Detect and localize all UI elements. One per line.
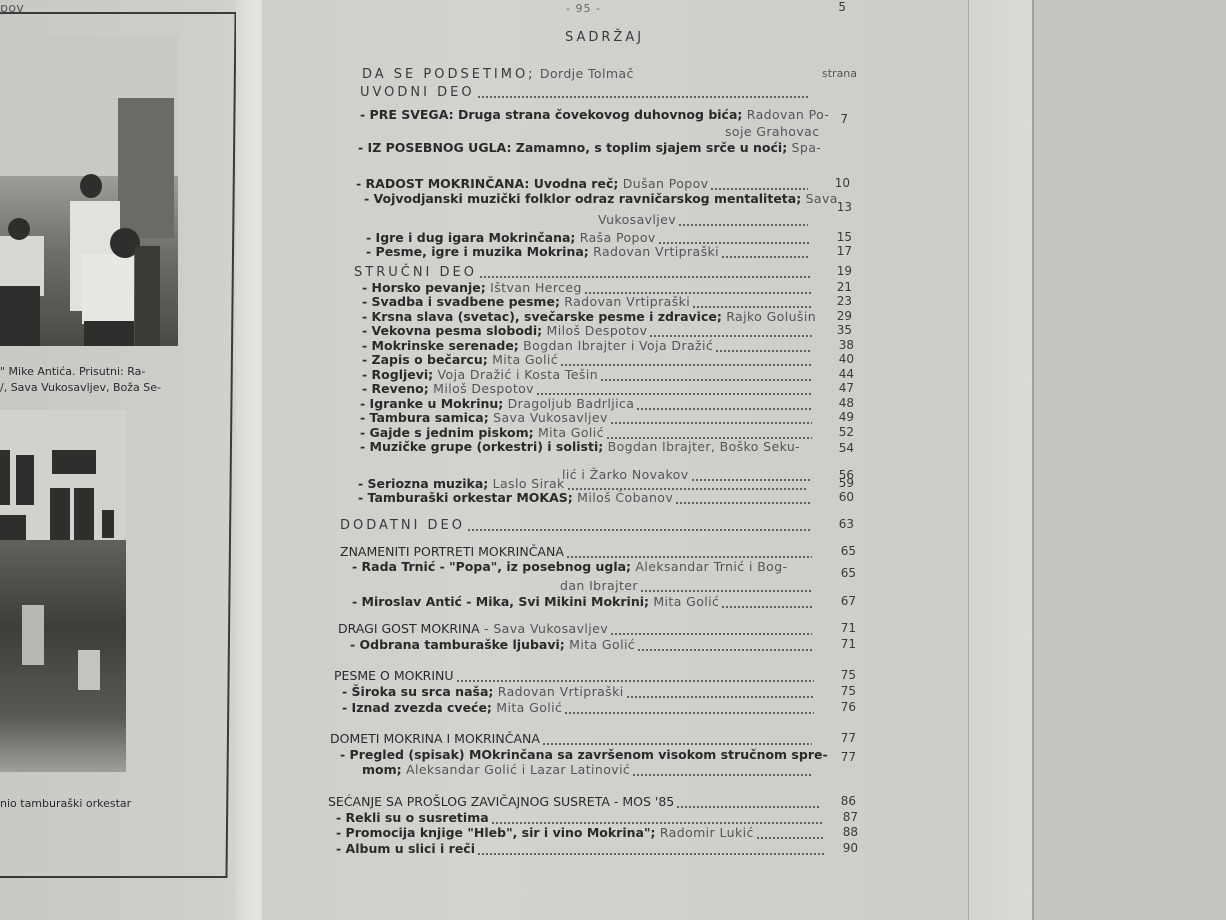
toc-entry-rogljevi: - Rogljevi; Voja Dražić i Kosta Tešin [362,367,598,382]
entry-title: PESME O MOKRINU [334,668,454,683]
dot-leader [536,393,812,395]
toc-entry-rekli-su-o-susretima: - Rekli su o susretima [336,810,489,825]
entry-title: - Tambura samica; [360,410,489,425]
dot-leader [636,408,812,410]
entry-author: Aleksandar Golić i Lazar Latinović [402,762,631,777]
entry-title: - Seriozna muzika; [358,476,488,491]
entry-continuation-text: dan Ibrajter [560,578,638,593]
toc-entry-secanje-sa-proslog-zavicajnog-susreta-mo: SEĆANJE SA PROŠLOG ZAVIČAJNOG SUSRETA - … [328,794,674,809]
entry-author: Dragoljub Badrljica [503,396,634,411]
toc-entry-uvodni-deo: UVODNI DEO [360,84,475,100]
strana-label: strana [822,67,857,80]
page-ref: 10 [824,176,850,190]
entry-author: Mita Golić [649,594,719,609]
page-ref: 15 [826,230,852,244]
entry-title: - RADOST MOKRINČANA: Uvodna reč; [356,176,618,191]
entry-continuation: Vukosavljev [598,212,676,227]
toc-entry-krsna-slava-svetac-svecarske-pesme-i-zdr: - Krsna slava (svetac), svečarske pesme … [362,309,816,324]
toc-entry-strucni-deo: STRUČNI DEO [354,264,477,280]
entry-continuation-text: mom; [362,762,402,777]
entry-author: Dušan Popov [618,176,708,191]
entry-author: Mita Golić [534,425,604,440]
entry-title: - PRE SVEGA: Druga strana čovekovog duho… [360,107,742,122]
dot-leader [477,96,808,98]
toc-entry-pesme-igre-i-muzika-mokrina: - Pesme, igre i muzika Mokrina; Radovan … [366,244,719,259]
entry-author: Sava Vukosavljev [489,410,608,425]
toc-entry-radost-mokrincana-uvodna-rec: - RADOST MOKRINČANA: Uvodna reč; Dušan P… [356,176,708,191]
entry-title: UVODNI DEO [360,85,475,100]
entry-title: - Iznad zvezda cveće; [342,700,492,715]
entry-continuation: pov [0,0,24,15]
entry-author: Radovan Vrtipraški [560,294,690,309]
entry-title: - Miroslav Antić - Mika, Svi Mikini Mokr… [352,594,649,609]
entry-title: - Tamburaški orkestar MOKAS; [358,490,573,505]
dot-leader [479,276,812,278]
entry-title: - Muzičke grupe (orkestri) i solisti; [360,439,603,454]
dot-leader [632,774,812,776]
dot-leader [721,256,810,258]
entry-author: Spa- [787,140,821,155]
page-ref: 67 [830,594,856,608]
dot-leader [691,479,812,481]
toc-entry-siroka-su-srca-nasa: - Široka su srca naša; Radovan Vrtiprašk… [342,684,624,699]
entry-title: - Vekovna pesma slobodi; [362,323,542,338]
toc-entry-promocija-knjige-hleb-sir-i-vino-mokrina: - Promocija knjige "Hleb", sir i vino Mo… [336,825,754,840]
page-ref: 71 [830,621,856,635]
toc-entry-svadba-i-svadbene-pesme: - Svadba i svadbene pesme; Radovan Vrtip… [362,294,690,309]
entry-author: Laslo Sirak [488,476,564,491]
page-ref: 35 [826,323,852,337]
entry-title: - Horsko pevanje; [362,280,486,295]
entry-title: - Album u slici i reči [336,841,475,856]
toc-entry-vojvodjanski-muzicki-folklor-odraz-ravni: - Vojvodjanski muzički folklor odraz rav… [364,191,838,206]
dot-leader [542,743,812,745]
entry-title: - Igranke u Mokrinu; [360,396,503,411]
page-ref: 23 [826,294,852,308]
entry-title: - Rada Trnić - "Popa", iz posebnog ugla; [352,559,631,574]
dot-leader [715,350,812,352]
page-ref: 75 [830,684,856,698]
entry-author: Bogdan Ibrajter i Voja Dražić [519,338,713,353]
entry-title: DOMETI MOKRINA I MOKRINČANA [330,731,540,746]
page-ref: 29 [826,309,852,323]
dot-leader [710,188,808,190]
toc-entry-pre-svega-druga-strana-covekovog-duhovno: - PRE SVEGA: Druga strana čovekovog duho… [360,107,829,122]
toc-entry-iz-posebnog-ugla-zamamno-s-toplim-sjajem: - IZ POSEBNOG UGLA: Zamamno, s toplim sj… [358,140,821,155]
entry-title: - Rekli su o susretima [336,810,489,825]
entry-title: DA SE PODSETIMO; [362,67,536,82]
toc-entry-tamburaski-orkestar-mokas: - Tamburaški orkestar MOKAS; Miloš Čoban… [358,490,673,505]
dot-leader [637,649,812,651]
entry-continuation: soje Grahovac [725,124,819,139]
entry-author: Radovan Vrtipraški [493,684,623,699]
page-ref: 40 [828,352,854,366]
entry-title: - Rogljevi; [362,367,433,382]
page-ref: 47 [828,381,854,395]
toc-entry-dragi-gost-mokrina: DRAGI GOST MOKRINA - Sava Vukosavljev [338,621,608,636]
toc-entry-mokrinske-serenade: - Mokrinske serenade; Bogdan Ibrajter i … [362,338,713,353]
entry-title: - Svadba i svadbene pesme; [362,294,560,309]
entry-title: - Široka su srca naša; [342,684,493,699]
dot-leader [566,556,812,558]
page-ref: 54 [828,441,854,455]
entry-author: Ištvan Herceg [486,280,582,295]
page-ref: 49 [828,410,854,424]
dot-leader [649,335,812,337]
entry-continuation-text: Vukosavljev [598,212,676,227]
page-ref: 63 [828,517,854,531]
page-ref: 86 [830,794,856,808]
toc-entry-reveno: - Reveno; Miloš Despotov [362,381,534,396]
page-ref: 7 [822,112,848,126]
entry-continuation: dan Ibrajter [560,578,638,593]
dot-leader [675,502,812,504]
toc-entry-vekovna-pesma-slobodi: - Vekovna pesma slobodi; Miloš Despotov [362,323,647,338]
page-ref: 38 [828,338,854,352]
page-ref: 5 [820,0,846,14]
entry-title: - Pregled (spisak) MOkrinčana sa završen… [340,747,828,762]
page-ref: 48 [828,396,854,410]
entry-title: - Mokrinske serenade; [362,338,519,353]
entry-author: Radovan Vrtipraški [589,244,719,259]
toc-entry-dometi-mokrina-i-mokrincana: DOMETI MOKRINA I MOKRINČANA [330,731,540,746]
page-ref: 44 [828,367,854,381]
entry-author: Voja Dražić i Kosta Tešin [433,367,598,382]
entry-author: Miloš Despotov [542,323,647,338]
toc-entry-pesme-o-mokrinu: PESME O MOKRINU [334,668,454,683]
entry-title: - Vojvodjanski muzički folklor odraz rav… [364,191,801,206]
entry-author: Miloš Despotov [429,381,534,396]
dot-leader [676,806,820,808]
entry-title: - Promocija knjige "Hleb", sir i vino Mo… [336,825,655,840]
entry-title: SEĆANJE SA PROŠLOG ZAVIČAJNOG SUSRETA - … [328,794,674,809]
toc-entry-rada-trnic-popa-iz-posebnog-ugla: - Rada Trnić - "Popa", iz posebnog ugla;… [352,559,787,574]
entry-continuation-text: lić i Žarko Novakov [562,467,689,482]
toc-entry-seriozna-muzika: - Seriozna muzika; Laslo Sirak [358,476,565,491]
page-ref: 88 [832,825,858,839]
entry-continuation-text: pov [0,0,24,15]
entry-author: Mita Golić [492,700,562,715]
entry-continuation: mom; Aleksandar Golić i Lazar Latinović [362,762,630,777]
toc-entry-zapis-o-becarcu: - Zapis o bečarcu; Mita Golić [362,352,558,367]
entry-author: Rajko Golušin [722,309,816,324]
toc-entry-igre-i-dug-igara-mokrincana: - Igre i dug igara Mokrinčana; Raša Popo… [366,230,656,245]
page-ref: 75 [830,668,856,682]
entry-title: - Odbrana tamburaške ljubavi; [350,637,565,652]
page-ref: 77 [830,750,856,764]
dot-leader [756,837,824,839]
toc-entry-znameniti-portreti-mokrincana: ZNAMENITI PORTRETI MOKRINČANA [340,544,564,559]
page-ref: 65 [830,544,856,558]
entry-continuation: lić i Žarko Novakov [562,467,689,482]
page-ref: 59 [828,476,854,490]
page-ref: 21 [826,280,852,294]
toc-entry-tambura-samica: - Tambura samica; Sava Vukosavljev [360,410,608,425]
dot-leader [610,633,812,635]
page-ref: 77 [830,731,856,745]
entry-title: - Zapis o bečarcu; [362,352,488,367]
entry-title: - IZ POSEBNOG UGLA: Zamamno, s toplim sj… [358,140,787,155]
entry-title: ZNAMENITI PORTRETI MOKRINČANA [340,544,564,559]
page-ref: 13 [826,200,852,214]
dot-leader [678,224,808,226]
page-ref: 71 [830,637,856,651]
dot-leader [640,590,812,592]
entry-title: - Igre i dug igara Mokrinčana; [366,230,575,245]
entry-title: - Pesme, igre i muzika Mokrina; [366,244,589,259]
entry-author: Radovan Po- [742,107,829,122]
dot-leader [477,853,824,855]
page-ref: 60 [828,490,854,504]
entry-author: Radomir Lukić [655,825,753,840]
dot-leader [491,822,824,824]
toc-entry-igranke-u-mokrinu: - Igranke u Mokrinu; Dragoljub Badrljica [360,396,634,411]
toc-entry-gajde-s-jednim-piskom: - Gajde s jednim piskom; Mita Golić [360,425,604,440]
toc-entry-miroslav-antic-mika-svi-mikini-mokrini: - Miroslav Antić - Mika, Svi Mikini Mokr… [352,594,719,609]
dot-leader [600,379,812,381]
toc-entry-album-u-slici-i-reci: - Album u slici i reči [336,841,475,856]
dot-leader [564,712,814,714]
toc-entry-dodatni-deo: DODATNI DEO [340,517,465,533]
dot-leader [456,680,814,682]
dot-leader [467,529,810,531]
page-ref: 90 [832,841,858,855]
entry-title: - Krsna slava (svetac), svečarske pesme … [362,309,722,324]
dot-leader [560,364,812,366]
page-ref: 87 [832,810,858,824]
entry-title: STRUČNI DEO [354,265,477,280]
page-ref: 17 [826,244,852,258]
entry-title: - Gajde s jednim piskom; [360,425,534,440]
page-number: - 95 - [566,2,601,15]
entry-author: Mita Golić [565,637,635,652]
entry-author: Bogdan Ibrajter, Boško Seku- [603,439,800,454]
entry-author: Dordje Tolmač [536,66,634,81]
page-ref: 52 [828,425,854,439]
entry-author: - Sava Vukosavljev [480,621,608,636]
entry-continuation-text: soje Grahovac [725,124,819,139]
page-ref: 65 [830,566,856,580]
toc-entry-horsko-pevanje: - Horsko pevanje; Ištvan Herceg [362,280,582,295]
entry-author: Miloš Čobanov [573,490,673,505]
entry-title: DODATNI DEO [340,518,465,533]
toc-entry-odbrana-tamburaske-ljubavi: - Odbrana tamburaške ljubavi; Mita Golić [350,637,635,652]
entry-author: Mita Golić [488,352,558,367]
entry-author: Aleksandar Trnić i Bog- [631,559,787,574]
entry-title: DRAGI GOST MOKRINA [338,621,480,636]
toc-title: SADRŽAJ [565,30,644,45]
toc-entry-iznad-zvezda-cvece: - Iznad zvezda cveće; Mita Golić [342,700,562,715]
toc-entry-pregled-spisak-mokrincana-sa-zavrsenom-v: - Pregled (spisak) MOkrinčana sa završen… [340,747,828,762]
page-ref: 76 [830,700,856,714]
dot-leader [721,606,812,608]
page-ref: 19 [826,264,852,278]
toc-entry-muzicke-grupe-orkestri-i-solisti: - Muzičke grupe (orkestri) i solisti; Bo… [360,439,800,454]
toc-entry-da-se-podsetimo: DA SE PODSETIMO; Dordje Tolmač [362,66,634,82]
dot-leader [692,306,812,308]
entry-title: - Reveno; [362,381,429,396]
dot-leader [626,696,814,698]
dot-leader [610,422,812,424]
entry-author: Raša Popov [575,230,655,245]
table-of-contents: - 95 - SADRŽAJ strana DA SE PODSETIMO; D… [0,0,1226,920]
